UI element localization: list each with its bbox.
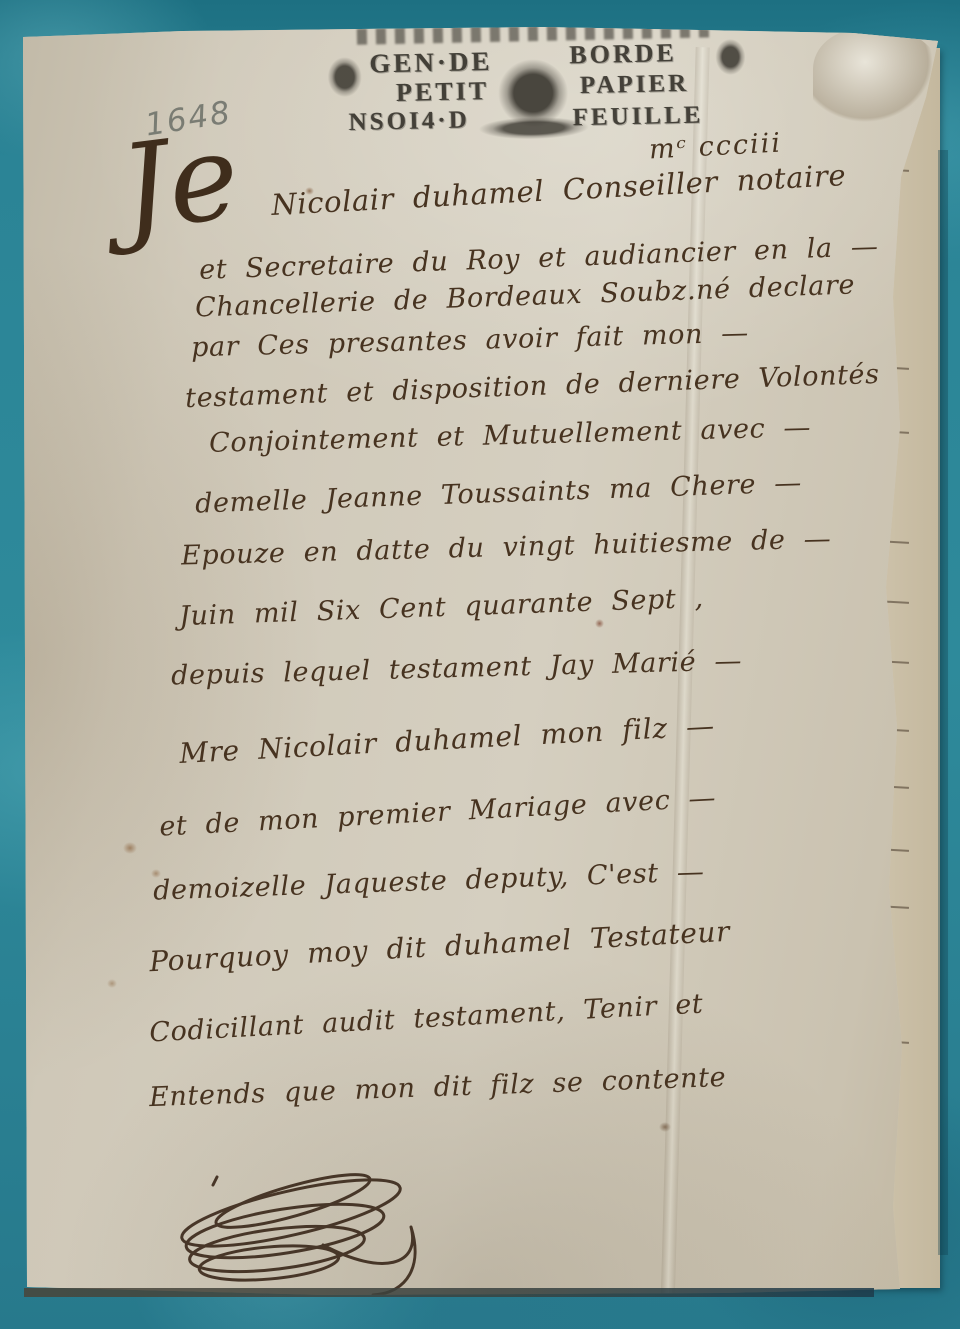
stamp-text: BORDE bbox=[569, 38, 677, 70]
stamp-text: PAPIER bbox=[580, 70, 690, 100]
photograph: aux pris aye mᵉ eu me ez s GEN·DE bbox=[0, 0, 960, 1329]
manuscript-line: Epouze en datte du vingt huitiesme de — bbox=[181, 523, 832, 571]
right-edge-shadow bbox=[938, 150, 948, 1255]
manuscript-line: Conjointement et Mutuellement avec — bbox=[209, 412, 812, 459]
manuscript-line: Codicillant audit testament, Tenir et bbox=[149, 989, 705, 1049]
manuscript-line: demelle Jeanne Toussaints ma Chere — bbox=[195, 467, 803, 519]
manuscript-line: et de mon premier Mariage avec — bbox=[159, 782, 717, 842]
manuscript-line: depuis lequel testament Jay Marié — bbox=[171, 646, 743, 692]
stain bbox=[123, 842, 137, 854]
manuscript-line: Juin mil Six Cent quarante Sept , bbox=[179, 583, 705, 632]
manuscript-line: par Ces presantes avoir fait mon — bbox=[191, 318, 749, 364]
manuscript-line: Entends que mon dit filz se contente bbox=[149, 1062, 727, 1113]
stamp-text: NSOI4·D bbox=[348, 106, 470, 137]
manuscript-line: Pourquoy moy dit duhamel Testateur bbox=[149, 915, 731, 978]
stain bbox=[659, 1122, 671, 1132]
stamp-text: PETIT bbox=[396, 76, 490, 108]
manuscript-page: GEN·DE BORDE PETIT PAPIER NSOI4·D FEUILL… bbox=[23, 27, 938, 1295]
stain bbox=[107, 979, 117, 988]
stamp-right-scroll bbox=[715, 39, 746, 76]
opening-initial: Je bbox=[114, 116, 245, 247]
manuscript-line: demoizelle Jaqueste deputy, C'est — bbox=[153, 856, 705, 906]
signature-flourish bbox=[173, 1165, 453, 1305]
manuscript-line: Nicolair duhamel Conseiller notaire bbox=[271, 158, 847, 222]
page-stack-shadow bbox=[24, 1288, 874, 1297]
folio-ink-note: mᶜ ccciii bbox=[648, 128, 782, 166]
stamp-left-scroll bbox=[327, 57, 362, 98]
stamp-text: FEUILLE bbox=[572, 102, 703, 133]
stain bbox=[595, 619, 604, 628]
stamp-base-flourish bbox=[479, 116, 589, 140]
manuscript-line: Mre Nicolair duhamel mon filz — bbox=[179, 709, 716, 770]
manuscript-line: testament et disposition de derniere Vol… bbox=[185, 359, 880, 414]
stamp-text: GEN·DE bbox=[369, 46, 493, 80]
